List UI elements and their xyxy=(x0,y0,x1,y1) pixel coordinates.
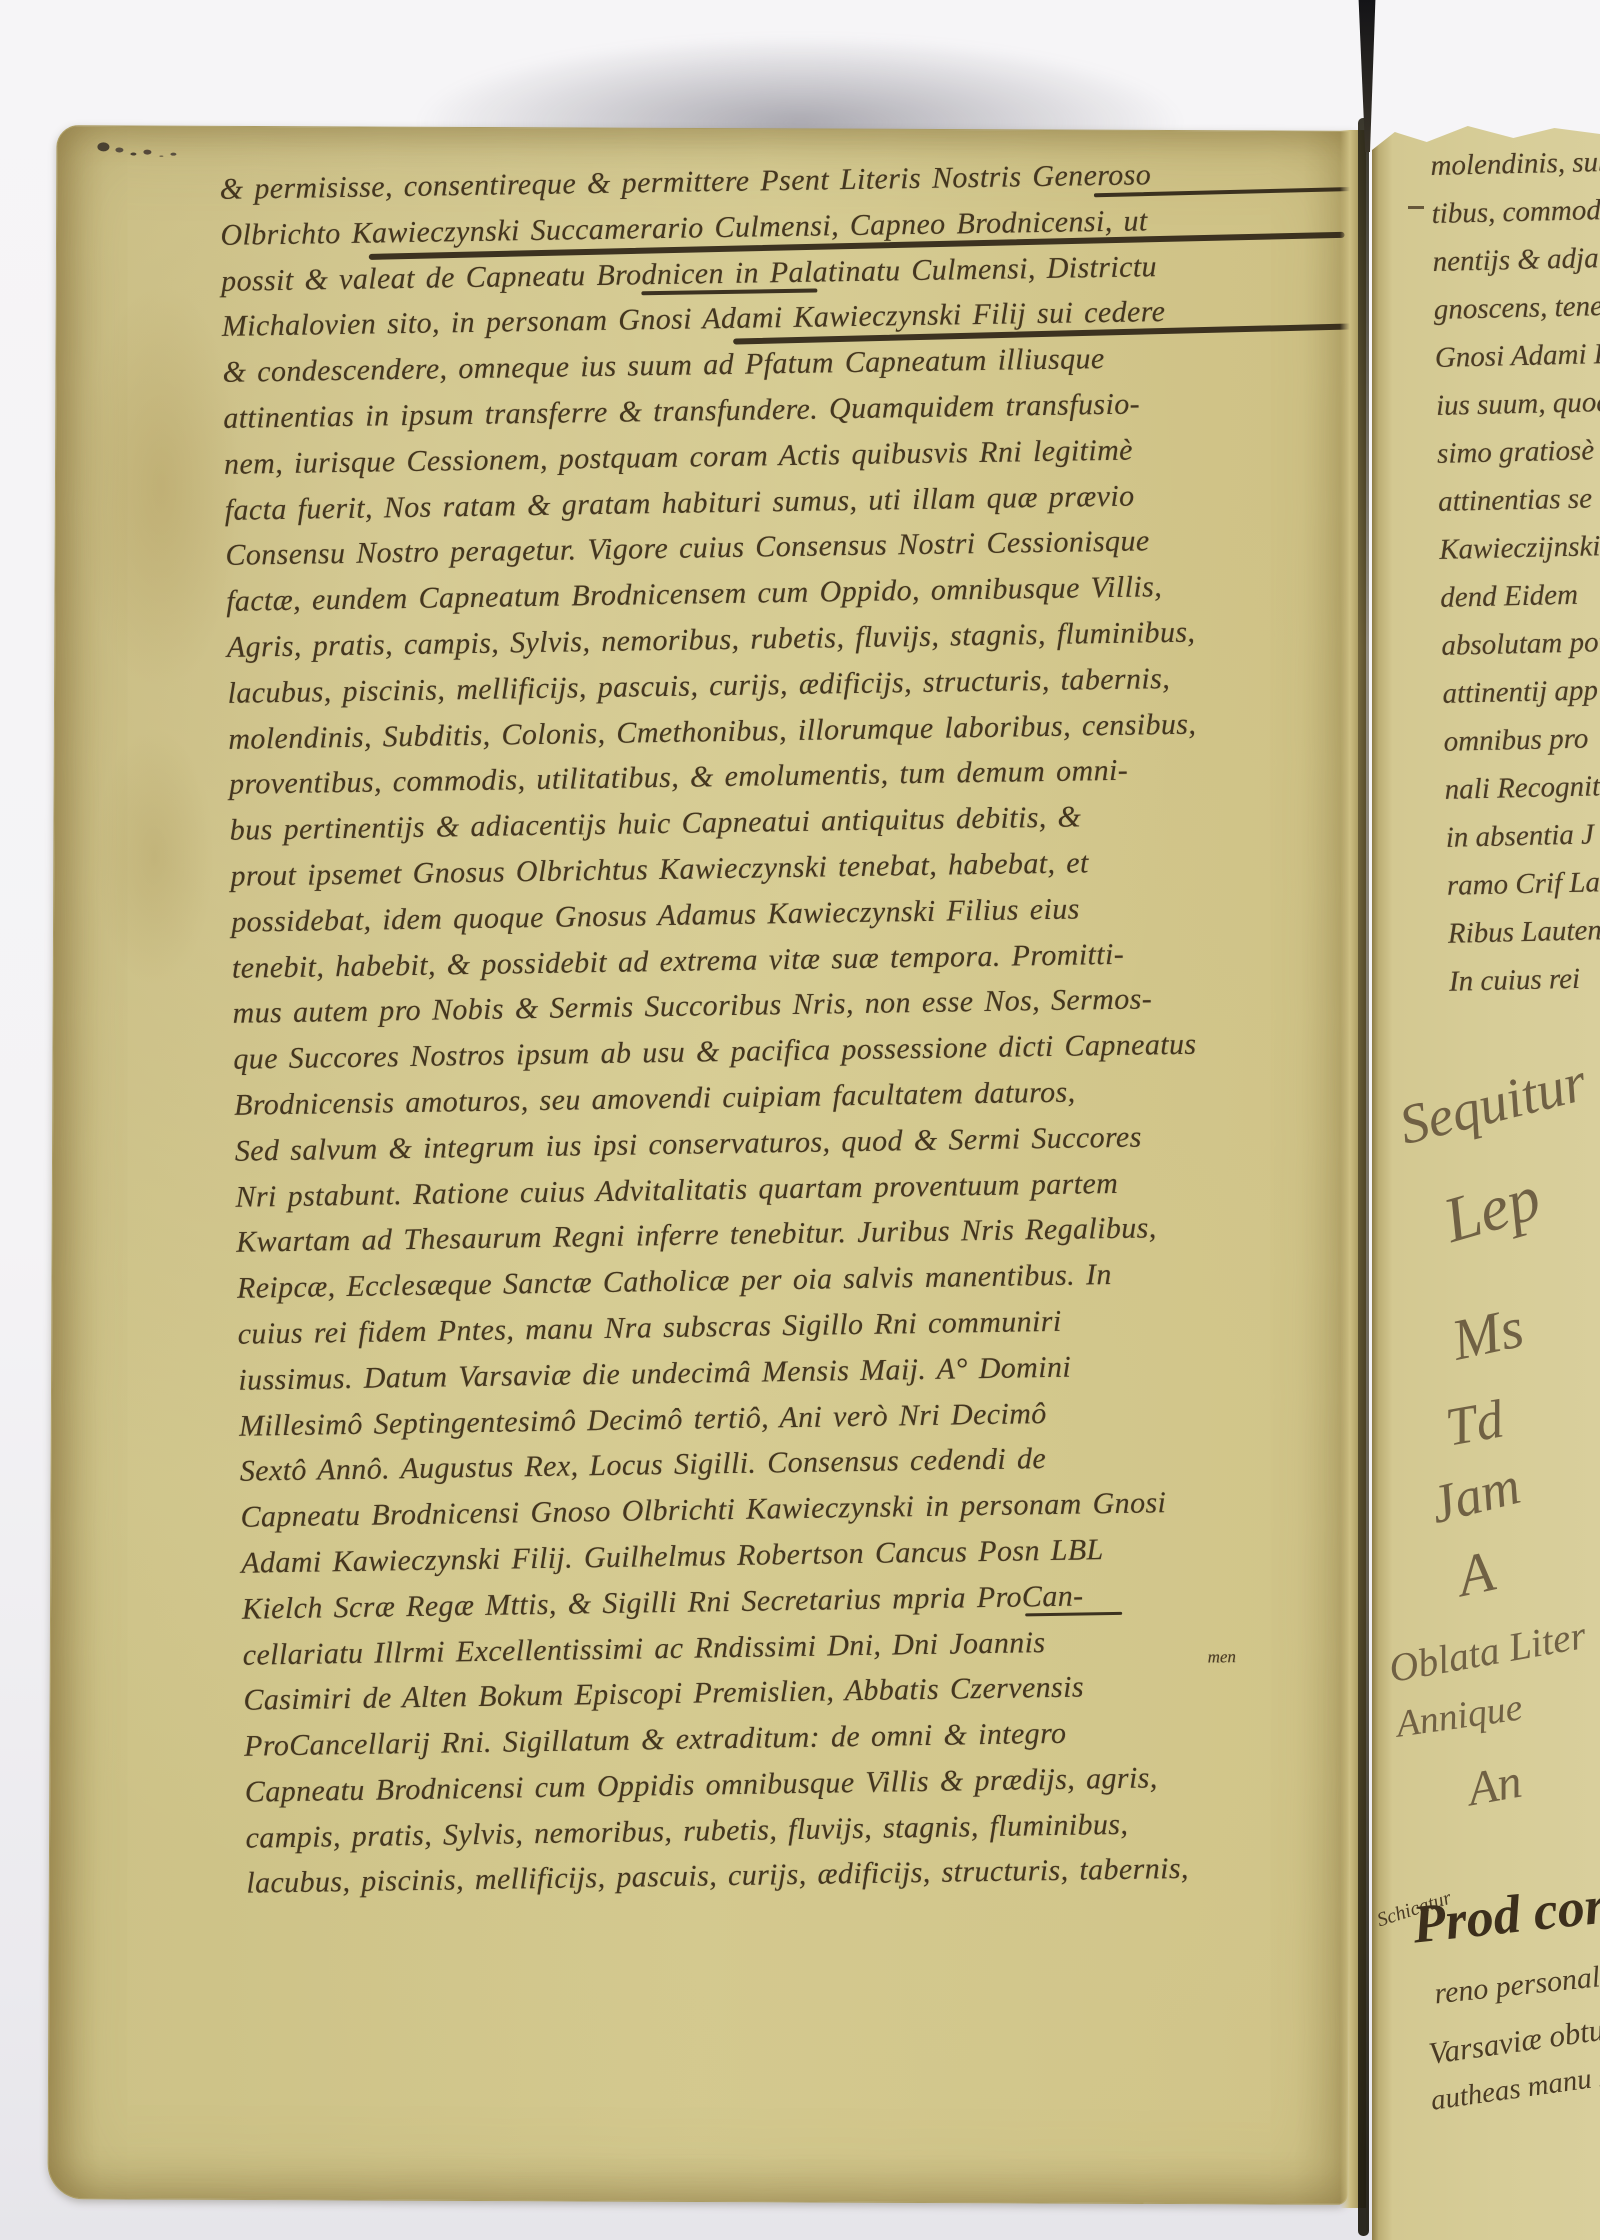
manuscript-line-fragment: in absentia J xyxy=(1445,807,1600,862)
manuscript-line-fragment: attinentij app xyxy=(1442,663,1600,718)
flourish-an: An xyxy=(1464,1754,1526,1817)
manuscript-line-fragment: In cuius rei xyxy=(1449,951,1600,1006)
right-page-text-fragments: molendinis, subd tibus, commodis, nentij… xyxy=(1430,135,1600,1006)
margin-dash-mark xyxy=(1408,206,1424,209)
manuscript-line-fragment: Ribus Lauten xyxy=(1447,903,1600,958)
manuscript-page-left: & permisisse, consentireque & permittere… xyxy=(47,125,1356,2205)
manuscript-line-fragment: nentijs & adja xyxy=(1432,231,1600,286)
charter-text-block: & permisisse, consentireque & permittere… xyxy=(219,149,1356,1907)
manuscript-line-fragment: simo gratiosè xyxy=(1437,423,1600,478)
manuscript-line-fragment: nali Recognit xyxy=(1444,759,1600,814)
binding-gutter-line xyxy=(1358,118,1369,2236)
manuscript-line-fragment: gnoscens, teneb xyxy=(1433,279,1600,334)
manuscript-line-fragment: absolutam pot xyxy=(1441,615,1600,670)
manuscript-line-fragment: molendinis, subd xyxy=(1430,135,1600,190)
manuscript-page-right: molendinis, subd tibus, commodis, nentij… xyxy=(1372,0,1600,2240)
manuscript-line-fragment: Gnosi Adami K xyxy=(1434,327,1600,382)
manuscript-line-fragment: ramo Crif Lau xyxy=(1446,855,1600,910)
manuscript-line-fragment: tibus, commodis, xyxy=(1431,183,1600,238)
manuscript-line-fragment: attinentias se xyxy=(1438,471,1600,526)
manuscript-scan: & permisisse, consentireque & permittere… xyxy=(0,0,1600,2240)
manuscript-line-fragment: Kawieczijnski xyxy=(1439,519,1600,574)
manuscript-line-fragment: omnibus pro xyxy=(1443,711,1600,766)
ink-blot-mark xyxy=(97,142,109,151)
paper-stain xyxy=(94,726,215,987)
manuscript-line-fragment: dend Eidem xyxy=(1440,567,1600,622)
manuscript-line-fragment: ius suum, quod xyxy=(1435,375,1600,430)
flourish-td: Td xyxy=(1441,1388,1508,1459)
